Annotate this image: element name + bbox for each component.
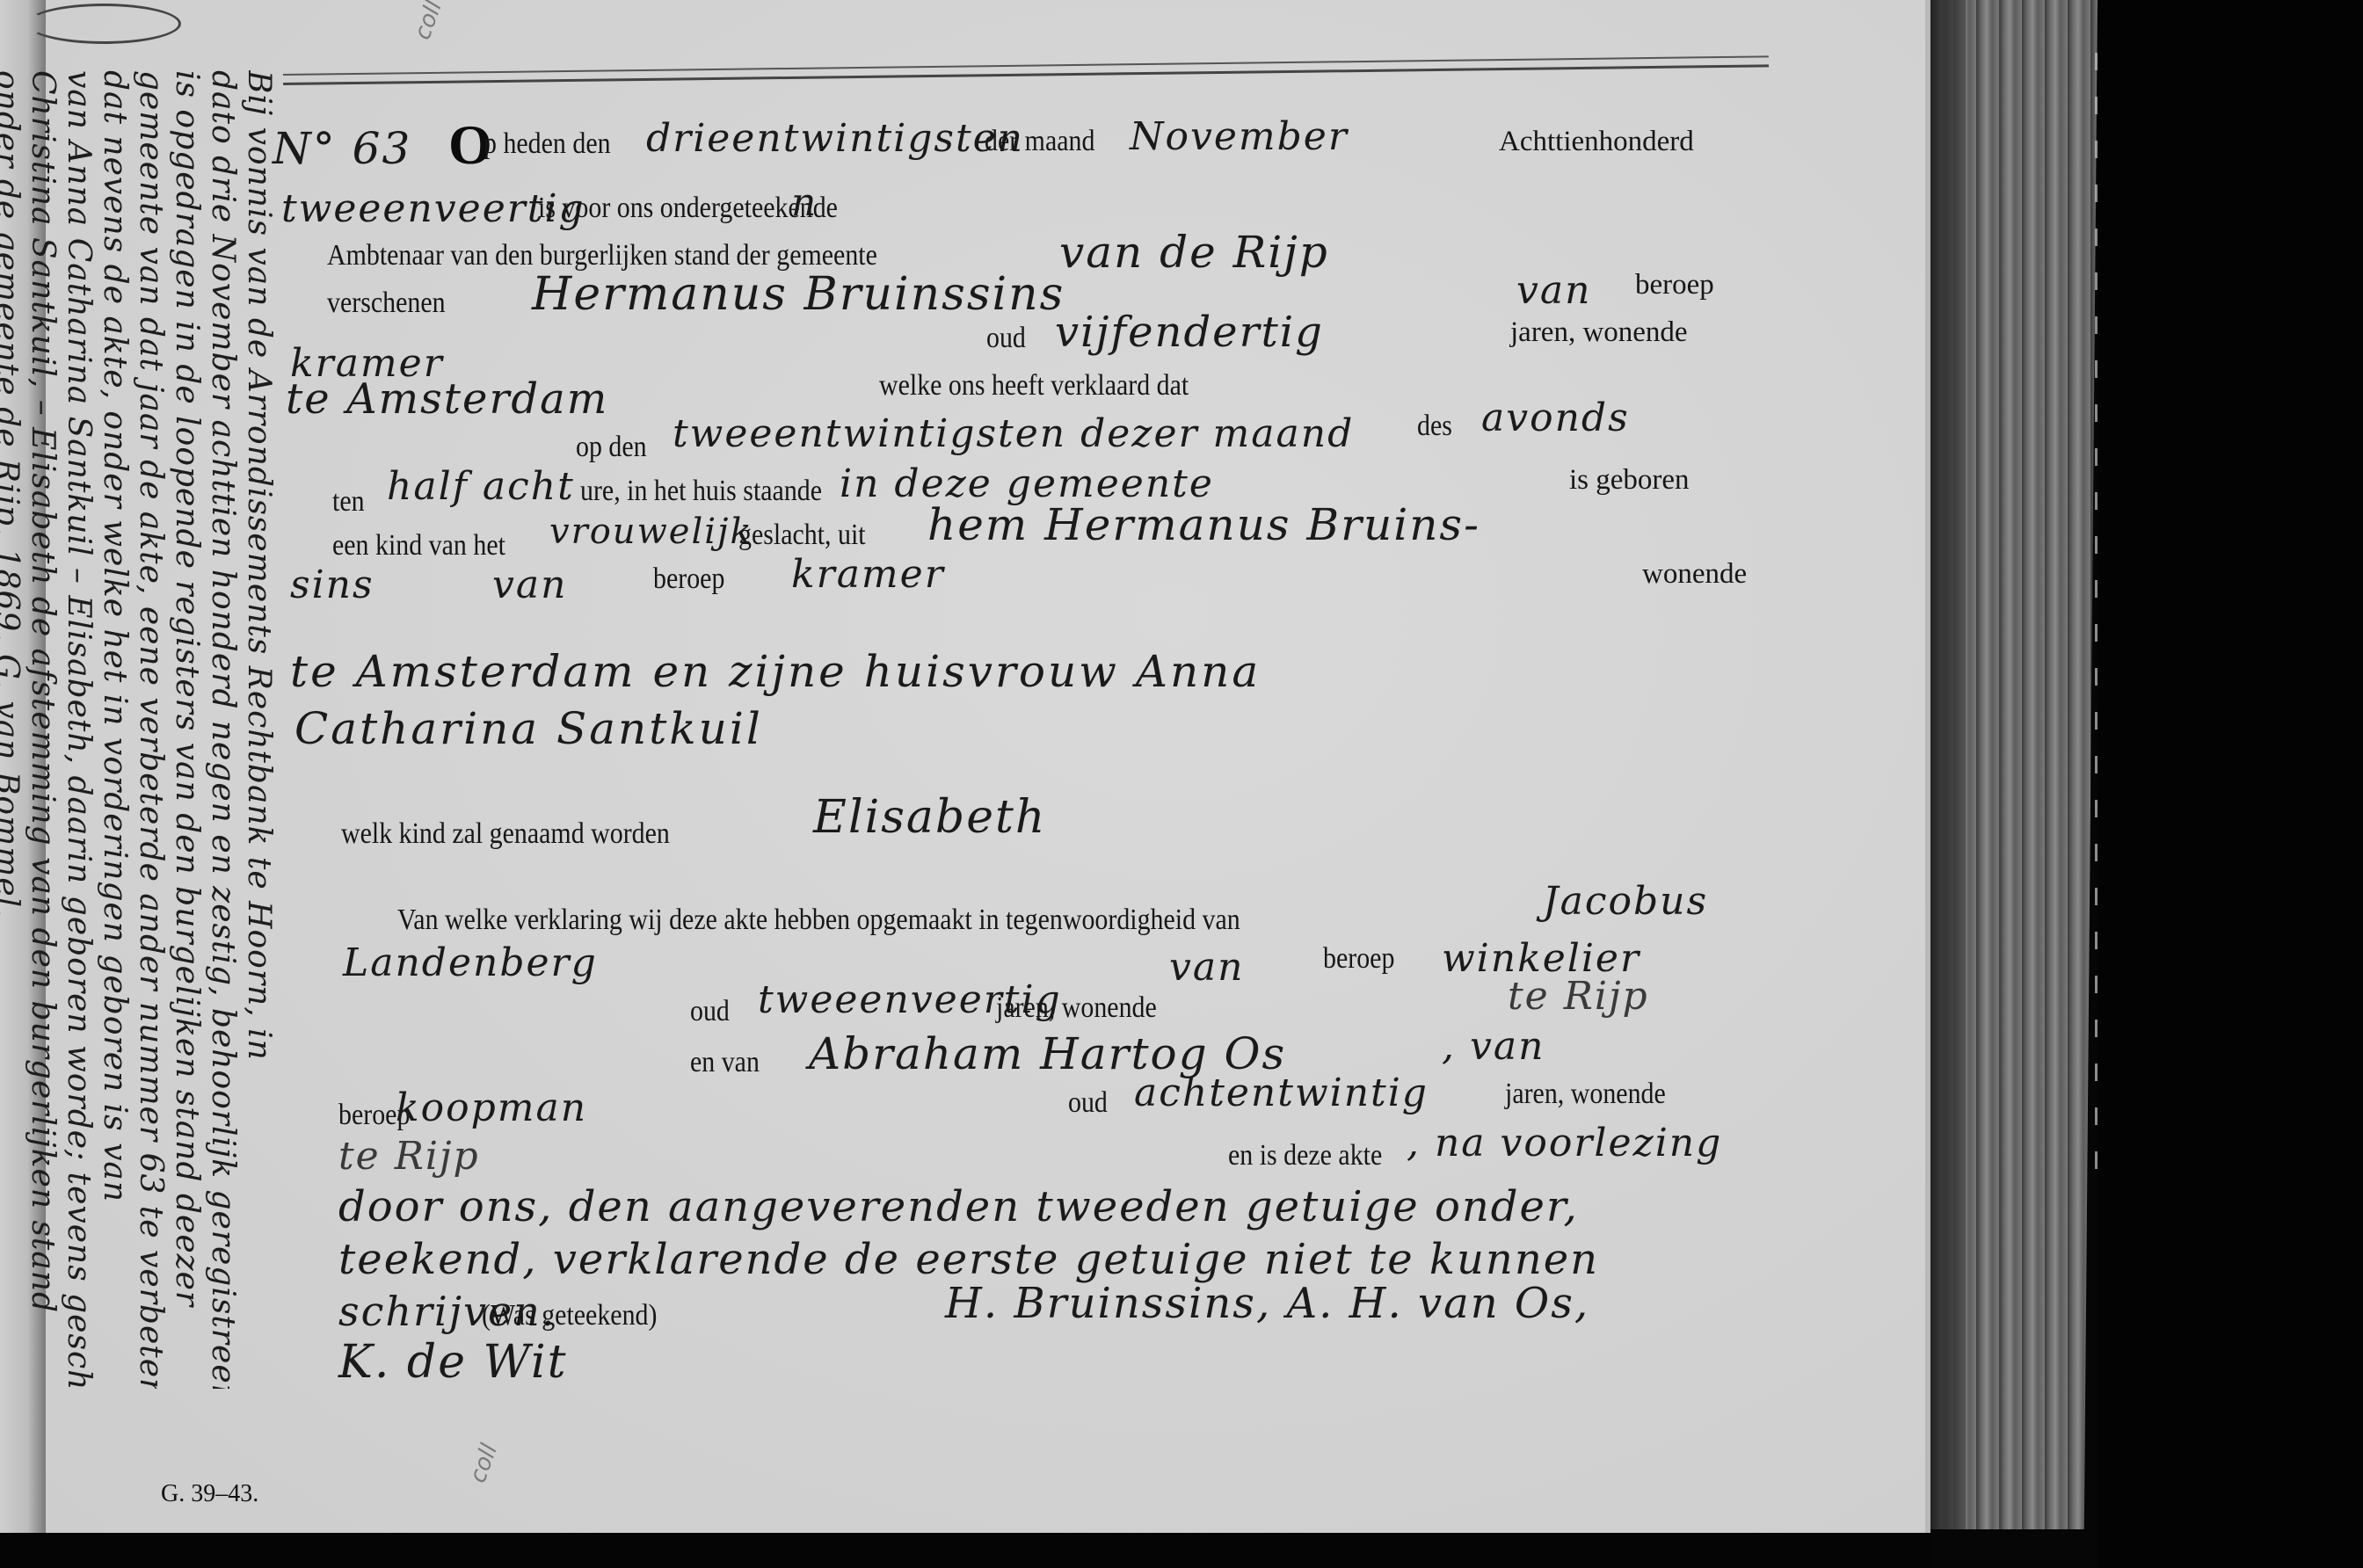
margin-line: dato drie November achttien honderd nege… — [205, 70, 241, 1389]
label-verklaard-dat: welke ons heeft verklaard dat — [879, 369, 1189, 403]
margin-line: gemeente van dat jaar de akte, eene verb… — [133, 70, 169, 1389]
label-kind-van-het: een kind van het — [332, 529, 505, 563]
label-ten: ten — [332, 485, 365, 519]
label-tegenwoordigheid: Van welke verklaring wij deze akte hebbe… — [397, 904, 1240, 937]
record-number: N° 63 — [273, 123, 411, 174]
cover-edge-line — [2095, 53, 2098, 1195]
label-wonende: wonende — [1642, 558, 1747, 591]
label-deze-akte: en is deze akte — [1228, 1139, 1382, 1172]
field-closing-line2: teekend, verklarende de eerste getuige n… — [338, 1235, 1599, 1284]
field-day: drieentwintigsten — [646, 116, 1024, 161]
signatures-declarant-witness: H. Bruinssins, A. H. van Os, — [945, 1279, 1589, 1328]
label-genaamd-worden: welk kind zal genaamd worden — [341, 817, 670, 851]
field-father-name: hem Hermanus Bruins- — [927, 499, 1480, 550]
signature-registrar: K. de Wit — [338, 1336, 568, 1389]
field-declarant-residence: te Amsterdam — [286, 374, 608, 424]
label-achttienhonderd: Achttienhonderd — [1499, 126, 1694, 158]
label-jaren-wonende: jaren, wonende — [996, 991, 1157, 1025]
field-witness2-age: achtentwintig — [1134, 1071, 1429, 1115]
label-jaren-wonende: jaren, wonende — [1510, 316, 1688, 349]
field-van: van — [492, 563, 567, 607]
page-bottom-shadow — [0, 1533, 1934, 1568]
label-beroep: beroep — [653, 563, 724, 596]
label-jaren-wonende: jaren, wonende — [1505, 1078, 1666, 1111]
label-en-van: en van — [690, 1046, 760, 1079]
field-witness2-residence: te Rijp — [338, 1134, 480, 1179]
field-declarant-age: vijfendertig — [1055, 308, 1324, 357]
label-op-den: op den — [576, 431, 647, 464]
field-official-suffix: n — [791, 180, 818, 225]
label-huis-staande: ure, in het huis staande — [580, 475, 822, 508]
label-oud: oud — [1068, 1086, 1108, 1120]
field-sex: vrouwelijk — [549, 512, 753, 552]
field-witness1-residence: te Rijp — [1508, 974, 1649, 1019]
field-declarant-name: Hermanus Bruinssins — [532, 268, 1065, 321]
field-father-name-cont: sins — [290, 563, 374, 607]
margin-line: Bij vonnis van de Arrondissements Rechtb… — [241, 70, 277, 1389]
margin-line: is opgedragen in de loopende registers v… — [169, 70, 205, 1389]
margin-line: onder de gemeente de Rijp. 1869. G. van … — [0, 70, 25, 1389]
field-father-occupation: kramer — [791, 552, 945, 597]
field-time-of-day: avonds — [1481, 396, 1630, 440]
label-heden-den: p heden den — [484, 127, 611, 161]
field-van: van — [1516, 268, 1591, 313]
field-month: November — [1130, 114, 1349, 159]
field-municipality: van de Rijp — [1059, 227, 1329, 278]
label-oud: oud — [690, 995, 730, 1028]
label-oud: oud — [986, 322, 1026, 355]
field-reading-note: , na voorlezing — [1407, 1121, 1722, 1165]
field-witness1-first: Jacobus — [1543, 879, 1708, 924]
field-child-name: Elisabeth — [813, 791, 1046, 844]
field-hour: half acht — [387, 464, 575, 509]
label-des: des — [1417, 410, 1452, 443]
field-witness1-last: Landenberg — [343, 940, 598, 985]
field-mother-line2: Catharina Santkuil — [294, 703, 763, 754]
field-van: van — [1169, 945, 1244, 990]
label-is-geboren: is geboren — [1569, 464, 1690, 497]
book-cover — [2098, 0, 2363, 1568]
field-mother-line1: te Amsterdam en zijne huisvrouw Anna — [290, 646, 1261, 697]
margin-line: van Anna Catharina Santkuil – Elisabeth,… — [61, 70, 97, 1389]
margin-line: Christina Santkuil, – Elisabeth de afste… — [25, 70, 61, 1389]
label-verschenen: verschenen — [327, 287, 446, 320]
label-geslacht-uit: geslacht, uit — [738, 519, 866, 552]
field-witness2-occupation: koopman — [396, 1085, 587, 1130]
margin-line: dat nevens de akte, onder welke het in v… — [97, 70, 133, 1389]
field-van: , van — [1442, 1024, 1545, 1069]
label-beroep: beroep — [1323, 942, 1394, 976]
margin-annotation: Bij vonnis van de Arrondissements Rechtb… — [0, 70, 277, 1389]
book-page-edges — [1930, 0, 2098, 1529]
decorative-flourish — [26, 4, 181, 44]
form-code: G. 39–43. — [161, 1480, 258, 1508]
field-closing-line1: door ons, den aangeverenden tweeden getu… — [338, 1182, 1579, 1231]
label-beroep: beroep — [1635, 269, 1714, 301]
label-was-geteekend: (Was geteekend) — [482, 1299, 657, 1332]
label-der-maand: der maand — [985, 125, 1094, 158]
field-birth-day: tweeentwintigsten dezer maand — [673, 411, 1354, 456]
